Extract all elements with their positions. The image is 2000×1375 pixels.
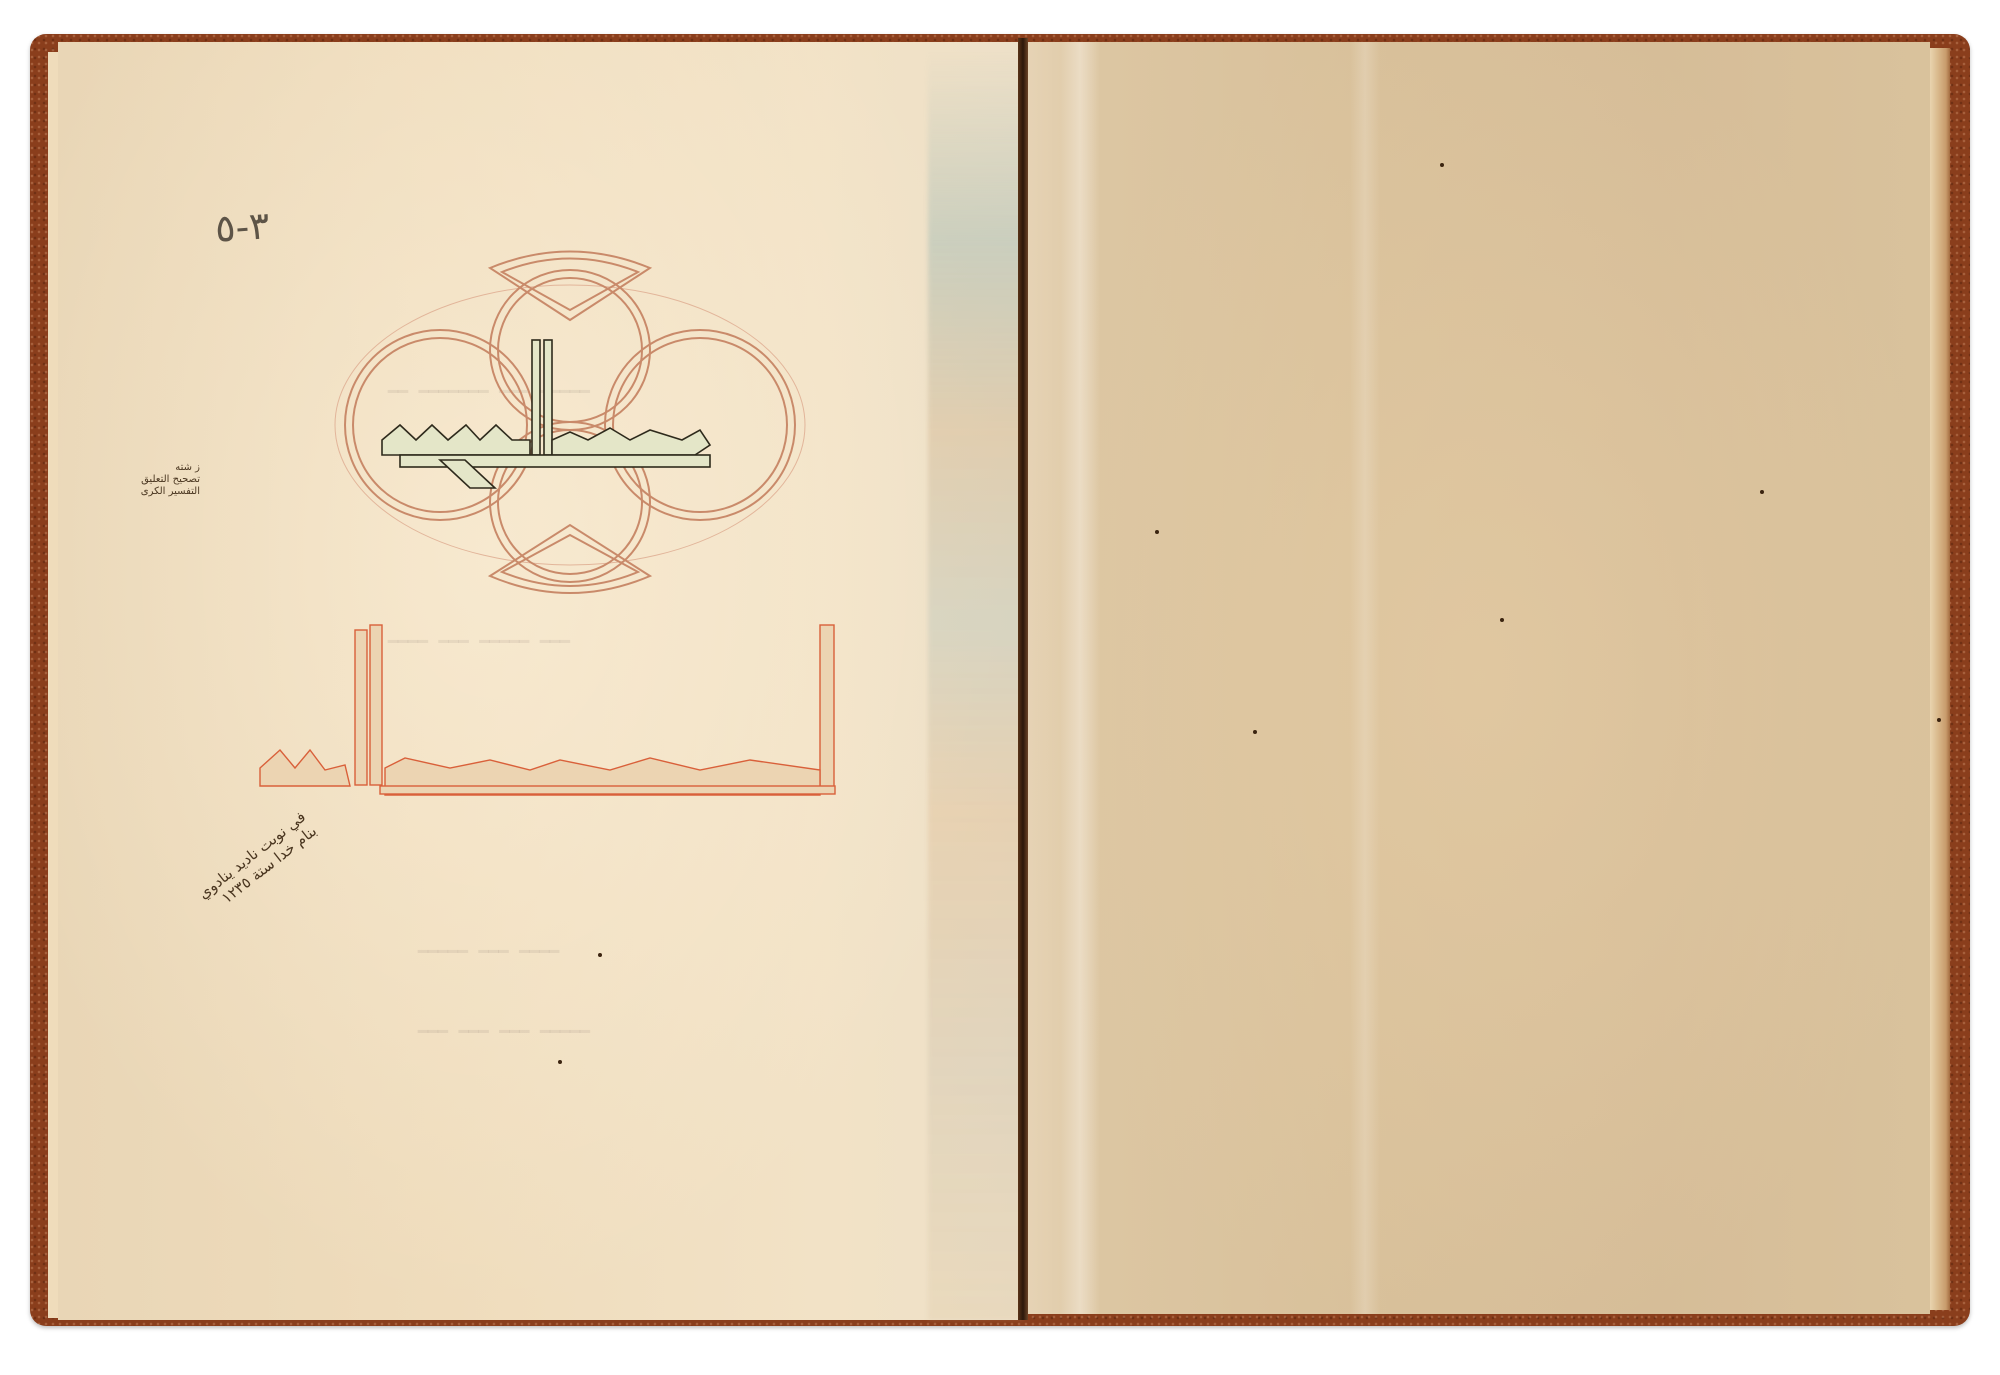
show-through-text: ـــــ ـــ ـــ ـــ <box>418 1002 590 1042</box>
foxing-speck <box>1937 718 1941 722</box>
foxing-speck <box>1500 618 1504 622</box>
page-fold <box>1060 42 1100 1314</box>
page-edges <box>1930 48 1950 1310</box>
marginal-note-top: ز شتهتصحيح التعليقالتفسير الكرى <box>120 462 200 498</box>
book-gutter <box>1018 38 1028 1320</box>
show-through-text: ــــ ـــ ـــــ <box>418 922 559 962</box>
foxing-speck <box>558 1060 562 1064</box>
kufic-inscription <box>382 340 710 488</box>
medallion-ornament <box>320 240 820 600</box>
foxing-speck <box>1253 730 1257 734</box>
water-stain <box>928 52 1023 1320</box>
kufic-heading <box>230 610 880 840</box>
right-page <box>1028 42 1930 1314</box>
foxing-speck <box>1440 163 1444 167</box>
foxing-speck <box>598 953 602 957</box>
folio-number: ٣-٥ <box>214 203 271 251</box>
foxing-speck <box>1155 530 1159 534</box>
foxing-speck <box>1760 490 1764 494</box>
page-fold <box>1350 42 1380 1314</box>
